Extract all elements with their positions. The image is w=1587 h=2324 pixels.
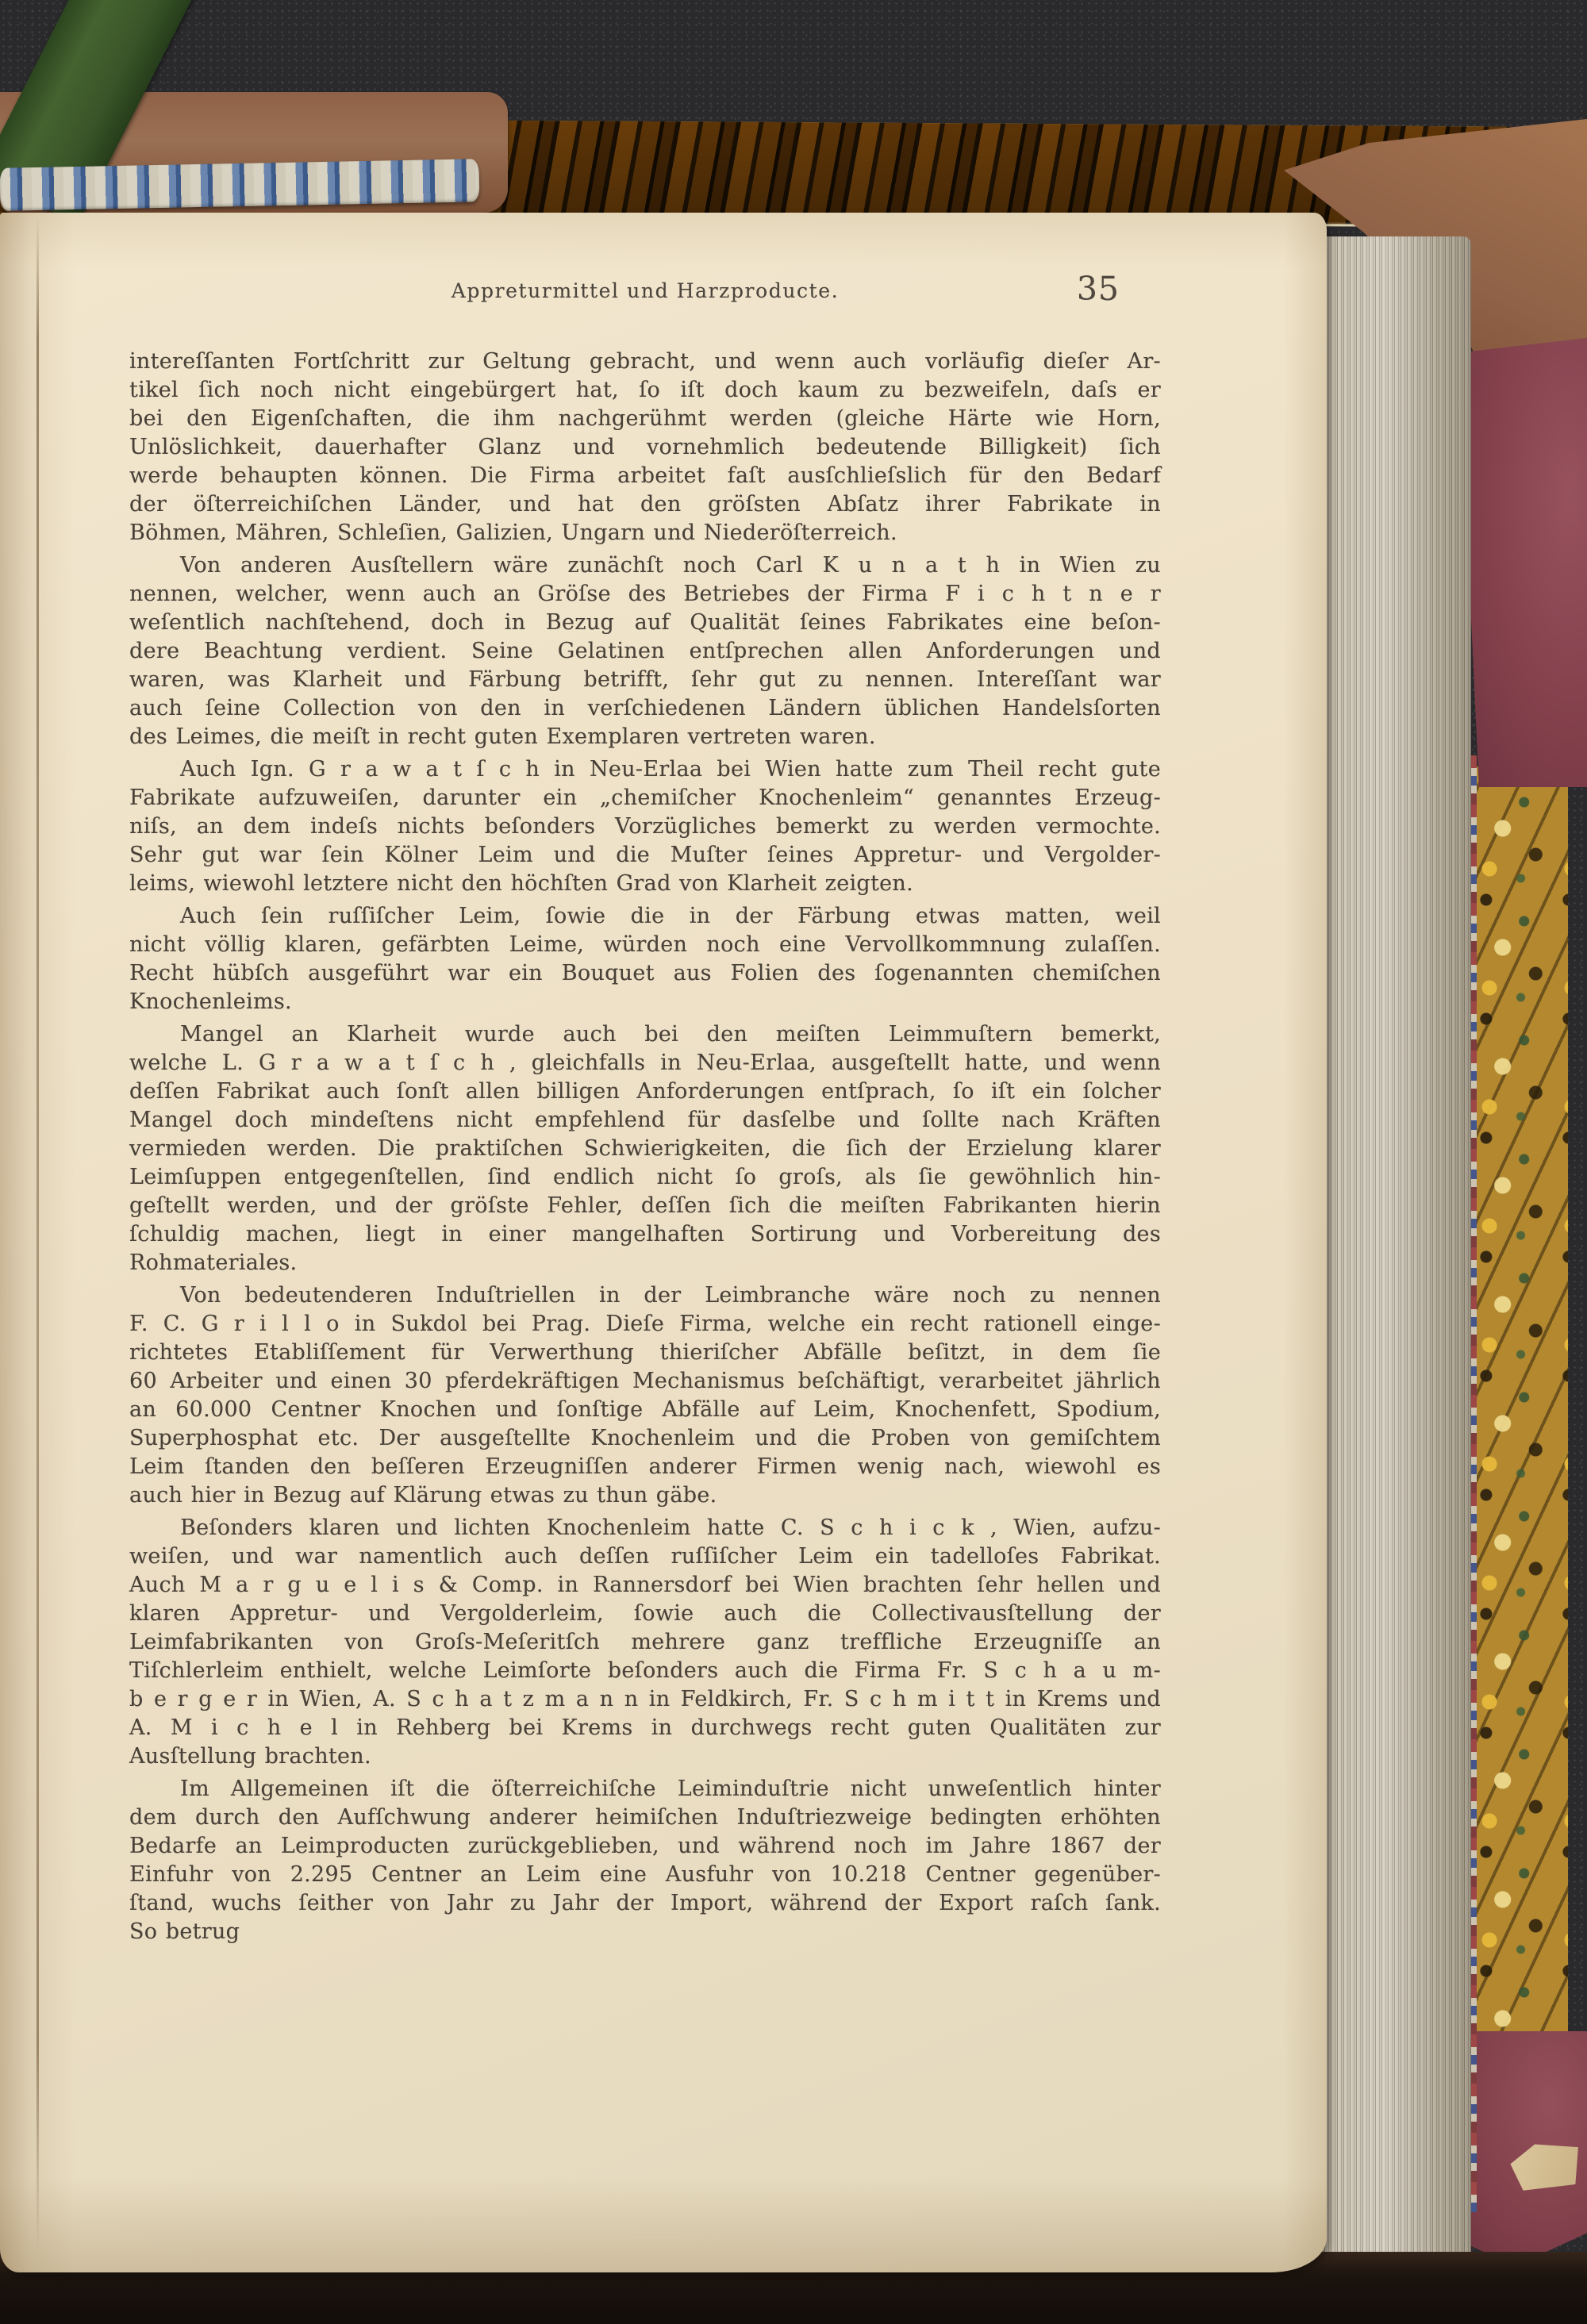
text-line: nicht völlig klaren, gefärbten Leime, wü… <box>129 931 1161 959</box>
text-line: b e r g e r in Wien, A. S c h a t z m a … <box>129 1685 1161 1714</box>
text-line: Auch M a r g u e l i s & Comp. in Ranner… <box>129 1571 1161 1600</box>
page-content: Appreturmittel und Harzproducte. 35 inte… <box>129 213 1161 2272</box>
text-line: Knochenleims. <box>129 988 1161 1016</box>
text-line: klaren Appretur- und Vergolderleim, ſowi… <box>129 1600 1161 1628</box>
text-line: Böhmen, Mähren, Schleſien, Galizien, Ung… <box>129 519 1161 547</box>
text-line: Beſonders klaren und lichten Knochenleim… <box>129 1514 1161 1542</box>
text-line: Rohmateriales. <box>129 1249 1161 1277</box>
paragraph: Von bedeutenderen Induſtriellen in der L… <box>129 1281 1161 1510</box>
text-line: tikel ſich noch nicht eingebürgert hat, … <box>129 376 1161 405</box>
text-line: Tiſchlerleim enthielt, welche Leimſorte … <box>129 1657 1161 1685</box>
text-line: bei den Eigenſchaften, die ihm nachgerüh… <box>129 405 1161 433</box>
leather-corner-maroon-upper <box>1470 338 1587 787</box>
fore-edge-page-block <box>1320 236 1471 2268</box>
text-line: richtetes Etabliſſement für Verwerthung … <box>129 1339 1161 1367</box>
text-line: niſs, an dem indeſs nichts beſonders Vor… <box>129 812 1161 841</box>
text-line: Einfuhr von 2.295 Centner an Leim eine A… <box>129 1861 1161 1889</box>
text-line: der öſterreichiſchen Länder, und hat den… <box>129 490 1161 519</box>
text-line: dem durch den Aufſchwung anderer heimiſc… <box>129 1804 1161 1832</box>
scanned-book-photo: Appreturmittel und Harzproducte. 35 inte… <box>0 0 1587 2324</box>
text-line: intereſſanten Fortſchritt zur Geltung ge… <box>129 348 1161 376</box>
text-line: ſchuldig machen, liegt in einer mangelha… <box>129 1220 1161 1249</box>
text-line: dere Beachtung verdient. Seine Gelatinen… <box>129 637 1161 666</box>
text-line: weſentlich nachſtehend, doch in Bezug au… <box>129 609 1161 637</box>
text-line: ſtand, wuchs ſeither von Jahr zu Jahr de… <box>129 1889 1161 1918</box>
text-line: nennen, welcher, wenn auch an Gröſse des… <box>129 580 1161 609</box>
marbled-cover-board <box>1468 766 1568 2055</box>
page-number: 35 <box>1077 270 1120 308</box>
text-line: Von anderen Ausſtellern wäre zunächſt no… <box>129 551 1161 580</box>
text-line: Auch ſein ruſſiſcher Leim, ſowie die in … <box>129 902 1161 931</box>
text-line: Mangel an Klarheit wurde auch bei den me… <box>129 1020 1161 1049</box>
text-line: Unlöslichkeit, dauerhafter Glanz und vor… <box>129 433 1161 462</box>
text-line: geſtellt werden, und der gröſste Fehler,… <box>129 1192 1161 1220</box>
text-line: auch hier in Bezug auf Klärung etwas zu … <box>129 1481 1161 1510</box>
text-line: weiſen, und war namentlich auch deſſen r… <box>129 1542 1161 1571</box>
paragraph: Beſonders klaren und lichten Knochenleim… <box>129 1514 1161 1771</box>
text-line: Leim ſtanden den beſſeren Erzeugniſſen a… <box>129 1453 1161 1481</box>
text-line: Leimfabrikanten von Groſs-Meſeritſch meh… <box>129 1628 1161 1657</box>
running-head-title: Appreturmittel und Harzproducte. <box>129 279 1161 302</box>
paragraph: Im Allgemeinen iſt die öſterreichiſche L… <box>129 1775 1161 1946</box>
text-line: Superphosphat etc. Der ausgeſtellte Knoc… <box>129 1424 1161 1453</box>
text-line: welche L. G r a w a t ſ c h , gleichfall… <box>129 1049 1161 1077</box>
text-line: Im Allgemeinen iſt die öſterreichiſche L… <box>129 1775 1161 1804</box>
text-line: deſſen Fabrikat auch ſonſt allen billige… <box>129 1077 1161 1106</box>
text-line: werde behaupten können. Die Firma arbeit… <box>129 462 1161 490</box>
text-line: Ausſtellung brachten. <box>129 1742 1161 1771</box>
text-line: Leimſuppen entgegenſtellen, ſind endlich… <box>129 1163 1161 1192</box>
text-body: intereſſanten Fortſchritt zur Geltung ge… <box>129 348 1161 1946</box>
text-line: Recht hübſch ausgeführt war ein Bouquet … <box>129 959 1161 988</box>
paragraph: intereſſanten Fortſchritt zur Geltung ge… <box>129 348 1161 547</box>
text-line: Sehr gut war ſein Kölner Leim und die Mu… <box>129 841 1161 870</box>
text-line: leims, wiewohl letztere nicht den höchſt… <box>129 870 1161 898</box>
text-line: Auch Ign. G r a w a t ſ c h in Neu-Erlaa… <box>129 755 1161 784</box>
text-line: Mangel doch mindeſtens nicht empfehlend … <box>129 1106 1161 1135</box>
paragraph: Auch ſein ruſſiſcher Leim, ſowie die in … <box>129 902 1161 1016</box>
text-line: 60 Arbeiter und einen 30 pferdekräftigen… <box>129 1367 1161 1396</box>
text-line: So betrug <box>129 1918 1161 1946</box>
paragraph: Mangel an Klarheit wurde auch bei den me… <box>129 1020 1161 1277</box>
text-line: Bedarfe an Leimproducten zurückgeblieben… <box>129 1832 1161 1861</box>
page-gutter-crease <box>37 217 39 2249</box>
text-line: A. M i c h e l in Rehberg bei Krems in d… <box>129 1714 1161 1742</box>
running-head: Appreturmittel und Harzproducte. 35 <box>129 279 1161 321</box>
text-line: F. C. G r i l l o in Sukdol bei Prag. Di… <box>129 1310 1161 1339</box>
text-line: Fabrikate aufzuweiſen, darunter ein „che… <box>129 784 1161 812</box>
paragraph: Von anderen Ausſtellern wäre zunächſt no… <box>129 551 1161 751</box>
text-line: auch ſeine Collection von den in verſchi… <box>129 694 1161 723</box>
text-line: vermieden werden. Die praktiſchen Schwie… <box>129 1135 1161 1163</box>
book-page: Appreturmittel und Harzproducte. 35 inte… <box>0 213 1327 2272</box>
text-line: waren, was Klarheit und Färbung betrifft… <box>129 666 1161 694</box>
paragraph: Auch Ign. G r a w a t ſ c h in Neu-Erlaa… <box>129 755 1161 898</box>
text-line: an 60.000 Centner Knochen und ſonſtige A… <box>129 1396 1161 1424</box>
text-line: des Leimes, die meiſt in recht guten Exe… <box>129 723 1161 751</box>
text-line: Von bedeutenderen Induſtriellen in der L… <box>129 1281 1161 1310</box>
